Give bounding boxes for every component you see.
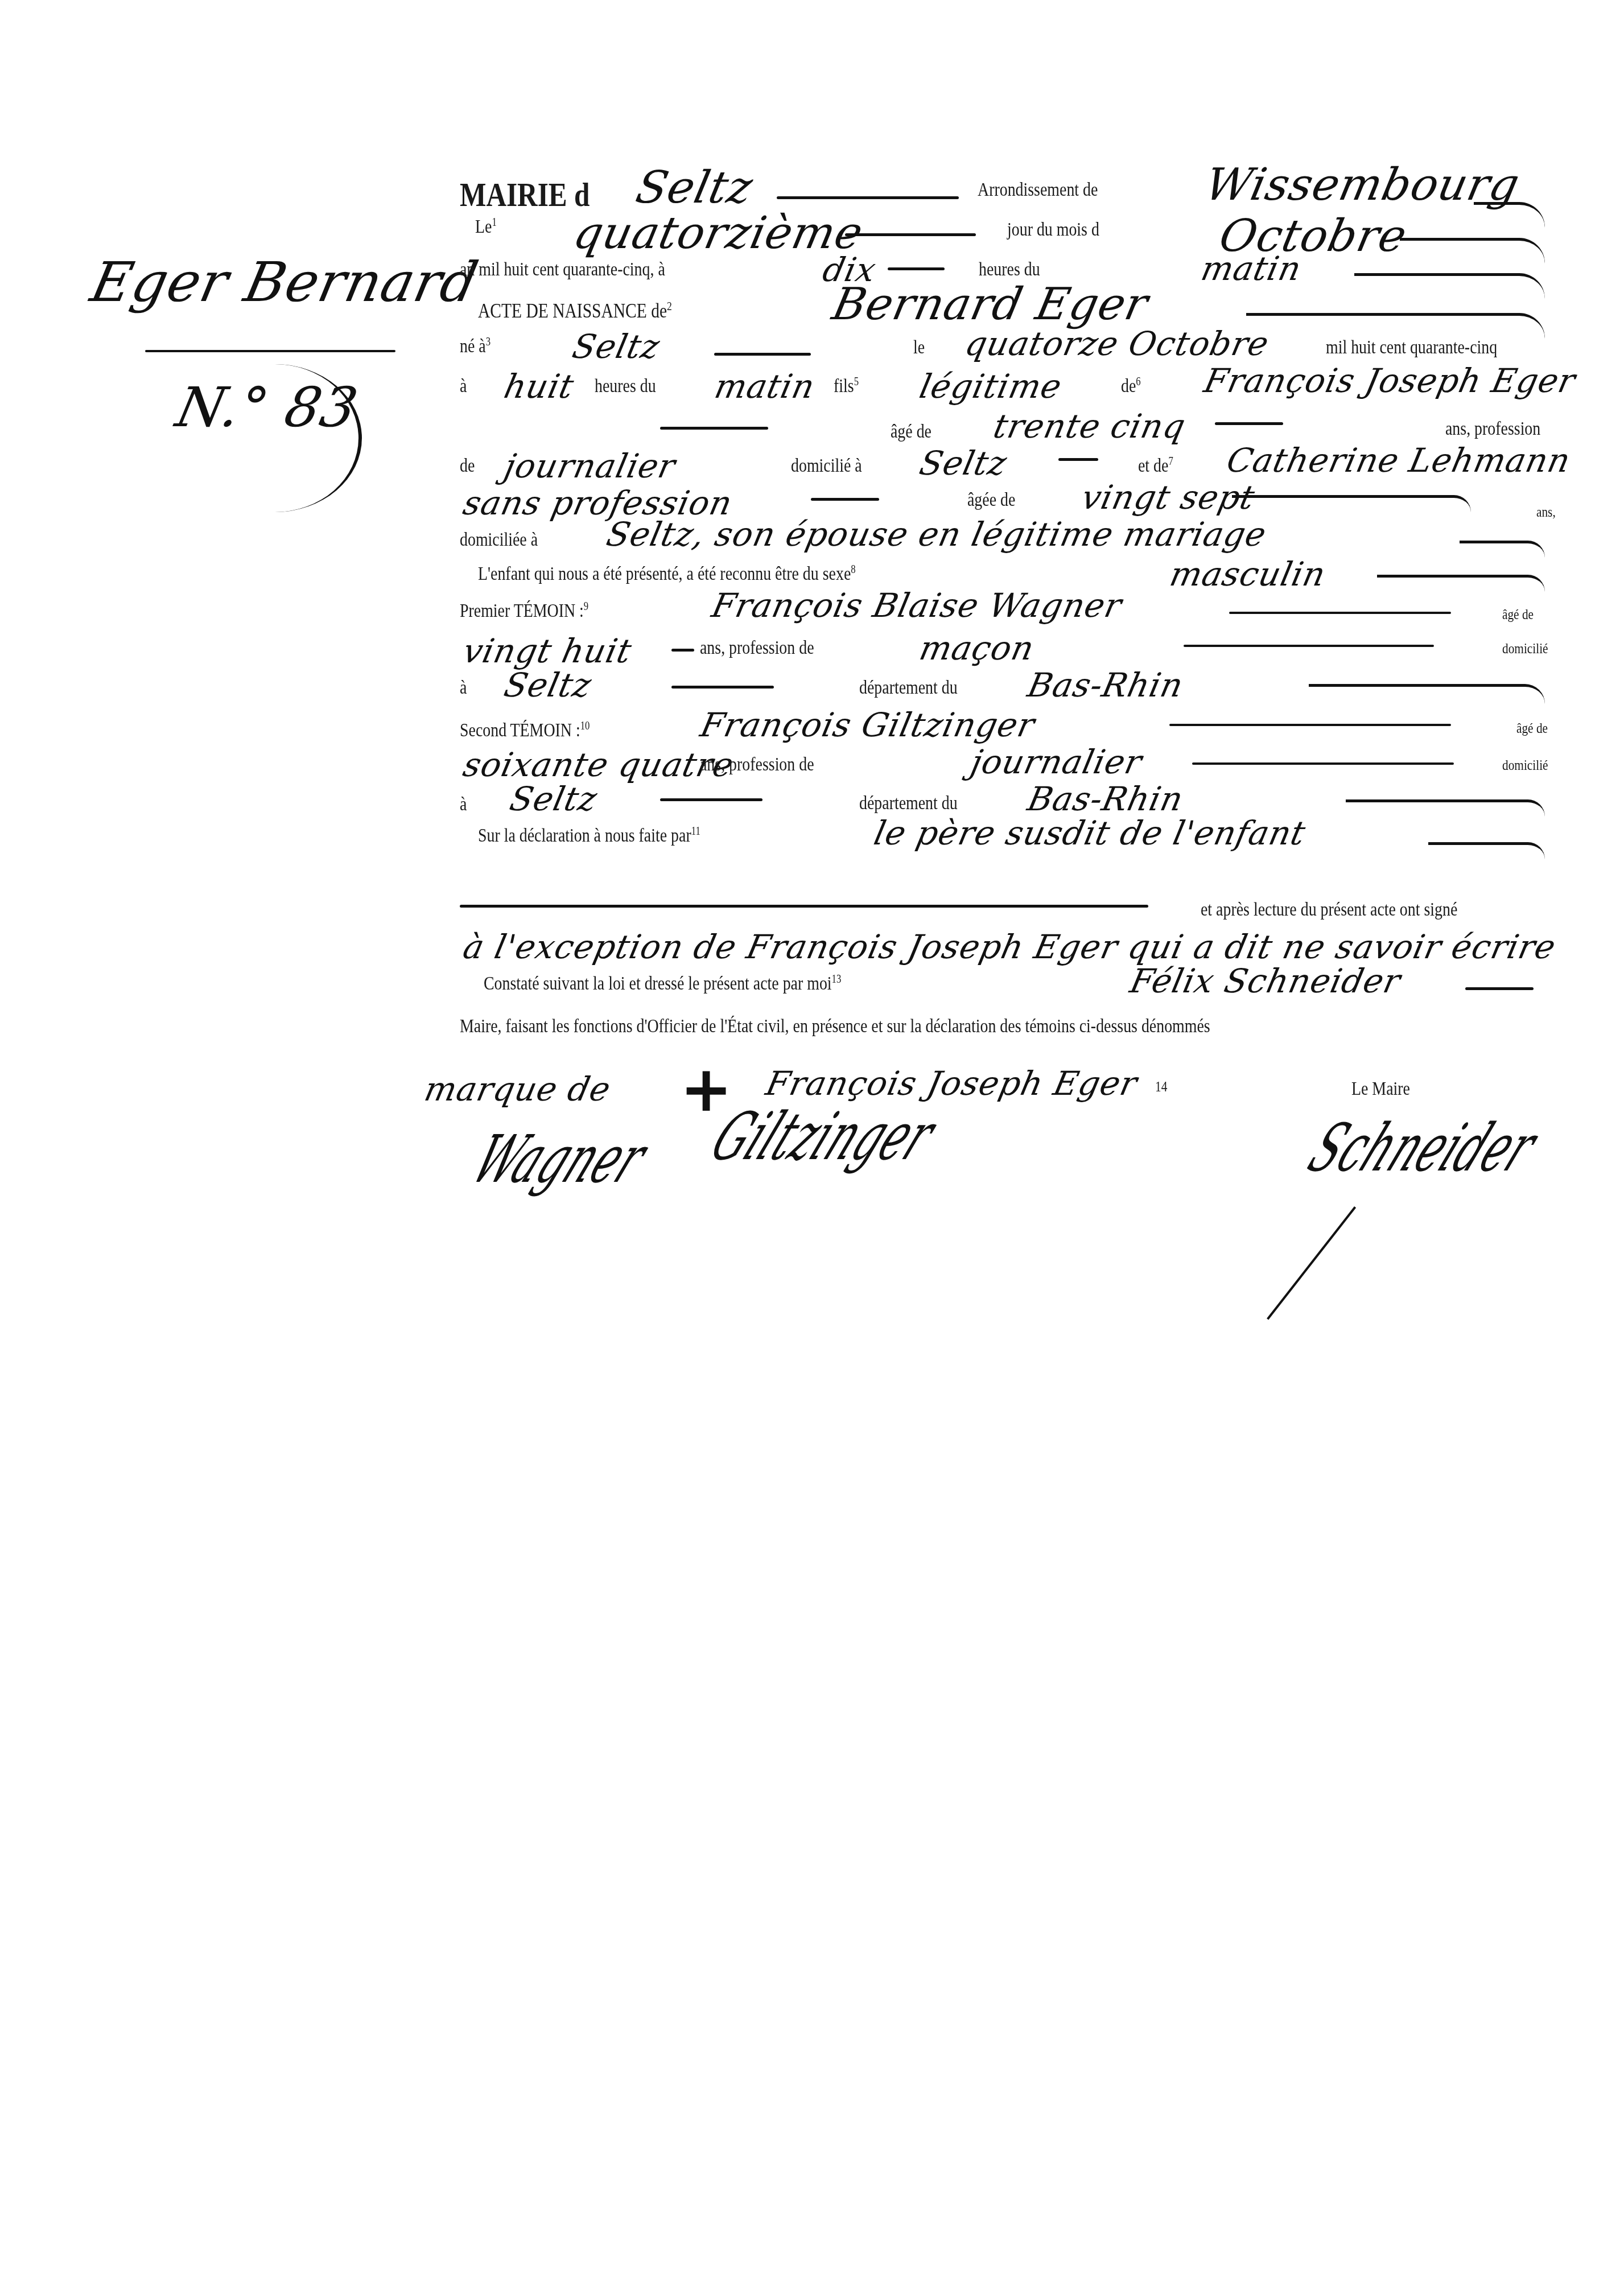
heure-label: heures du [979,259,1040,281]
le-text: Le [475,216,492,237]
legitimacy-value: légitime [916,367,1065,406]
le-maire-label: Le Maire [1351,1078,1410,1100]
enfant-text: L'enfant qui nous a été présenté, a été … [478,563,851,584]
fill-line [714,353,811,356]
temoin2-domicile-label: domicilié [1502,757,1548,774]
temoin1-age-value: vingt huit [460,632,636,670]
exception-value: à l'exception de François Joseph Eger qu… [460,928,1559,966]
mark-name: François Joseph Eger [762,1064,1141,1103]
de-text: de [1121,376,1136,397]
temoin1-a-label: à [460,677,467,699]
birth-period-value: matin [711,367,818,406]
footnote-3: 3 [486,336,491,348]
footnote-9: 9 [584,600,588,613]
footnote-2: 2 [667,299,672,313]
temoin2-profession-label: ans, profession de [700,754,814,776]
le-label: Le1 [475,216,497,238]
fill-line [1246,313,1545,339]
constate-label: Constaté suivant la loi et dressé le pré… [484,973,841,995]
witness2-signature: Giltzinger [700,1098,948,1174]
constate-text: Constaté suivant la loi et dressé le pré… [484,973,832,994]
mother-domicile-value: Seltz, son épouse en légitime mariage [603,515,1270,554]
fill-line [1400,238,1545,263]
fill-line [1229,612,1451,614]
birth-date-value: quatorze Octobre [962,324,1272,363]
mairie-label: MAIRIE d [460,175,590,215]
declaration-text: Sur la déclaration à nous faite par [478,825,691,846]
ne-text: né à [460,336,486,357]
temoin1-departement-label: département du [859,677,958,699]
domicilie-label: domicilié à [791,455,862,477]
et-de-label: et de7 [1138,455,1173,477]
footnote-1: 1 [492,216,496,229]
temoin1-name: François Blaise Wagner [708,586,1126,625]
mayor-signature: Schneider [1297,1110,1549,1186]
de2-label: de [460,455,475,477]
birth-hour-value: huit [501,367,578,406]
fill-line [1474,202,1545,228]
domiciliee-label: domiciliée à [460,529,538,551]
footnote-13: 13 [832,973,842,986]
fill-line [1465,987,1534,990]
temoin2-a-label: à [460,794,467,815]
temoin2-age-label: âgé de [1516,720,1548,737]
temoin2-label: Second TÉMOIN :10 [460,720,590,741]
acte-label: ACTE DE NAISSANCE de2 [478,299,672,323]
fill-line [1346,799,1545,817]
fils-text: fils [834,376,854,397]
fill-line [1377,575,1545,592]
temoin1-departement-value: Bas-Rhin [1024,666,1187,704]
footnote-14: 14 [1155,1078,1167,1095]
margin-name: Eger Bernard [85,250,484,314]
enfant-label: L'enfant qui nous a été présenté, a été … [478,563,856,585]
margin-divider [145,350,395,352]
officier-name: Félix Schneider [1127,962,1404,1000]
mayor-flourish [1267,1206,1356,1320]
fill-line [845,233,976,236]
temoin1-profession-label: ans, profession de [700,637,814,659]
footnote-7: 7 [1168,455,1173,468]
le2-label: le [913,337,925,358]
heures-du-label: heures du [595,376,656,397]
mother-name: Catherine Lehmann [1223,441,1574,480]
fill-line [660,427,768,430]
father-age-value: trente cinq [990,407,1189,446]
temoin2-age-value: soixante quatre [460,745,737,784]
ans-label: ans, [1536,504,1556,521]
fill-line [1460,541,1545,558]
mark-label: marque de [421,1070,614,1108]
fill-line [1354,273,1545,299]
mairie-value: Seltz [632,162,757,213]
father-domicile-value: Seltz [916,444,1011,483]
ans-profession-label: ans, profession [1445,418,1540,440]
de-label: de6 [1121,376,1141,397]
fill-line [1169,724,1451,726]
fill-line [1184,645,1434,647]
temoin2-domicile-value: Seltz [506,780,601,818]
fill-line [1232,495,1471,512]
ne-label: né à3 [460,336,491,357]
father-age-label: âgé de [891,421,931,443]
declaration-value: le père susdit de l'enfant [871,814,1309,852]
temoin2-name: François Giltzinger [697,706,1038,744]
year-label: an mil huit cent quarante-cinq, à [460,259,665,281]
temoin2-departement-value: Bas-Rhin [1024,780,1187,818]
footnote-5: 5 [854,376,859,388]
fill-line [671,649,694,652]
fill-line [888,267,945,270]
temoin1-text: Premier TÉMOIN : [460,600,584,621]
temoin1-label: Premier TÉMOIN :9 [460,600,588,622]
lecture-label: et après lecture du présent acte ont sig… [1201,899,1457,921]
fill-line [1192,762,1454,765]
father-profession-value: journalier [501,447,679,485]
temoin1-domicile-value: Seltz [501,666,595,704]
year-text: mil huit cent quarante-cinq [1326,337,1497,358]
temoin1-profession-value: maçon [916,629,1038,667]
sex-value: masculin [1167,555,1329,593]
temoin1-domicile-label: domicilié [1502,640,1548,657]
jour-label: jour du mois d [1007,219,1099,241]
fill-line [660,798,762,801]
maire-text: Maire, faisant les fonctions d'Officier … [460,1016,1210,1037]
fill-line [811,498,879,501]
cross-mark-icon: + [680,1053,732,1126]
declaration-label: Sur la déclaration à nous faite par11 [478,825,700,847]
fils-label: fils5 [834,376,859,397]
acte-text: ACTE DE NAISSANCE de [478,299,667,322]
temoin1-age-label: âgé de [1502,606,1534,623]
period-value: matin [1198,249,1305,288]
child-name: Bernard Eger [828,279,1153,330]
fill-line [777,196,959,199]
temoin2-departement-label: département du [859,793,958,814]
a-label: à [460,376,467,397]
witness1-signature: Wagner [461,1121,660,1197]
fill-line [671,686,774,689]
father-name: François Joseph Eger [1201,361,1579,400]
fill-line [460,905,1148,908]
footnote-8: 8 [851,563,855,576]
footnote-6: 6 [1136,376,1140,388]
fill-line [1058,458,1098,461]
mother-age-label: âgée de [967,489,1015,511]
day-value: quatorzième [569,208,868,259]
fill-line [1428,842,1545,859]
temoin2-profession-value: journalier [967,743,1146,781]
fill-line [1215,422,1283,425]
temoin2-text: Second TÉMOIN : [460,720,580,741]
number-bracket [188,364,362,512]
footnote-10: 10 [580,720,590,732]
et-de-text: et de [1138,455,1168,476]
fill-line [1309,684,1545,704]
arrondissement-label: Arrondissement de [978,179,1098,201]
birthplace-value: Seltz [569,327,663,366]
footnote-11: 11 [691,825,700,838]
